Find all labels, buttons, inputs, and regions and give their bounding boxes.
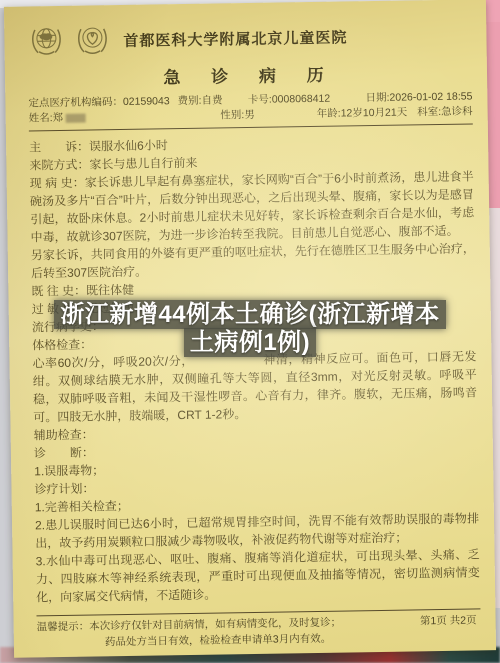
page-indicator: 第1页 共2页 [420,612,481,629]
visit-date: 日期:2026-01-02 18:55 [365,89,472,106]
patient-age: 年龄:12岁10月21天 [317,106,408,122]
hospital-logo-row: 首都医科大学附属北京儿童医院 [27,14,472,61]
medical-record-paper: 首都医科大学附属北京儿童医院 急 诊 病 历 定点医疗机构编码：02159043… [4,0,496,658]
patient-name: 姓名:郑 [29,111,87,127]
record-line: 心率60次/分，呼吸20次/分， 神清，精神反应可。面色可，口唇无发绀。双侧球结… [32,347,477,426]
patient-gender: 性别:男 [208,107,317,124]
department: 科室:急诊科 [417,104,473,120]
patient-name-redacted [66,113,86,122]
fee-type: 费别:自费 [178,93,223,109]
record-body: 主 诉：误服水仙6小时 来院方式：家长与患儿自行前来 现 病 史：家长诉患儿早起… [29,131,480,606]
document-title: 急 诊 病 历 [28,58,472,90]
photo-frame: 首都医科大学附属北京儿童医院 急 诊 病 历 定点医疗机构编码：02159043… [0,0,500,663]
record-line: 3.水仙中毒可出现恶心、呕吐、腹痛、腹痛等消化道症状，可出现头晕、头痛、乏力、四… [35,545,480,606]
national-emblem-icon [27,22,66,61]
hospital-logo-icon [73,21,112,60]
hospital-name: 首都医科大学附属北京儿童医院 [123,26,347,51]
record-line: 现 病 史：家长诉患儿早起有鼻塞症状，家长网购“百合”于6小时前煮汤，患儿进食半… [30,167,475,246]
